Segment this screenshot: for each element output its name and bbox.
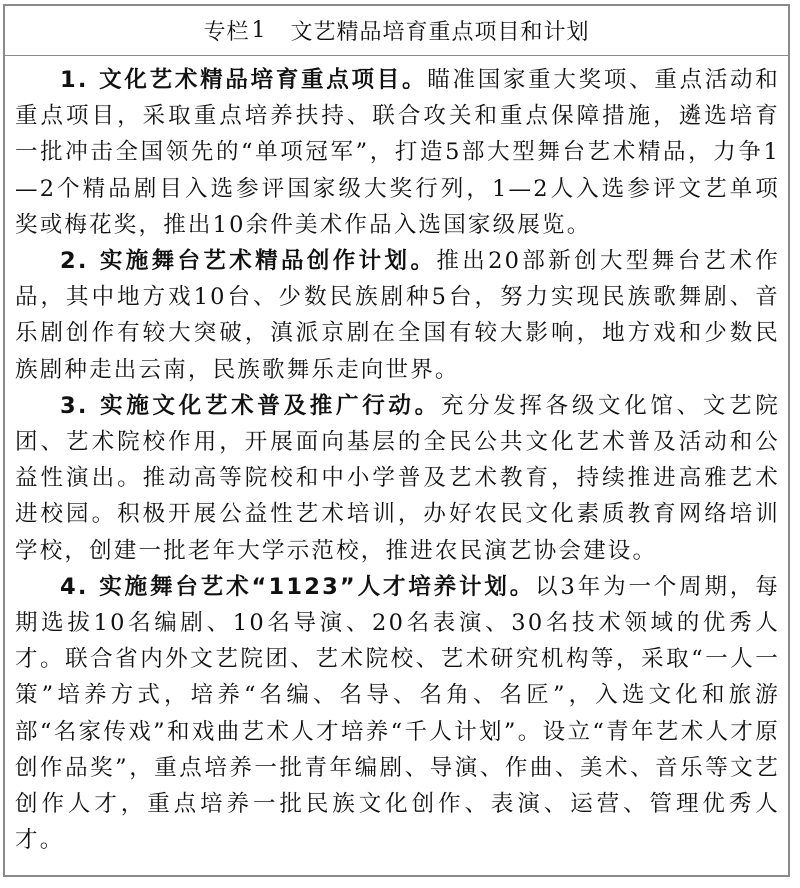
title-text: 文艺精品培育重点项目和计划	[291, 15, 590, 46]
item-3-lead: 3. 实施文化艺术普及推广行动。	[60, 393, 441, 419]
item-2-lead: 2. 实施舞台艺术精品创作计划。	[60, 248, 436, 274]
title-number: 1	[252, 18, 267, 43]
item-1: 1. 文化艺术精品培育重点项目。瞄准国家重大奖项、重点活动和重点项目，采取重点培…	[15, 62, 780, 243]
box-content: 1. 文化艺术精品培育重点项目。瞄准国家重大奖项、重点活动和重点项目，采取重点培…	[15, 62, 780, 858]
feature-box: 专栏 1 文艺精品培育重点项目和计划 1. 文化艺术精品培育重点项目。瞄准国家重…	[3, 4, 790, 877]
item-4: 4. 实施舞台艺术“1123”人才培养计划。以3年为一个周期，每期选拔10名编剧…	[15, 569, 780, 859]
title-prefix: 专栏	[203, 15, 249, 46]
item-4-body: 以3年为一个周期，每期选拔10名编剧、10名导演、20名表演、30名技术领域的优…	[15, 574, 780, 853]
item-3: 3. 实施文化艺术普及推广行动。充分发挥各级文化馆、文艺院团、艺术院校作用，开展…	[15, 388, 780, 569]
box-title: 专栏 1 文艺精品培育重点项目和计划	[5, 6, 788, 56]
item-1-lead: 1. 文化艺术精品培育重点项目。	[60, 67, 427, 93]
item-4-lead: 4. 实施舞台艺术“1123”人才培养计划。	[60, 574, 535, 600]
item-2: 2. 实施舞台艺术精品创作计划。推出20部新创大型舞台艺术作品，其中地方戏10台…	[15, 243, 780, 388]
